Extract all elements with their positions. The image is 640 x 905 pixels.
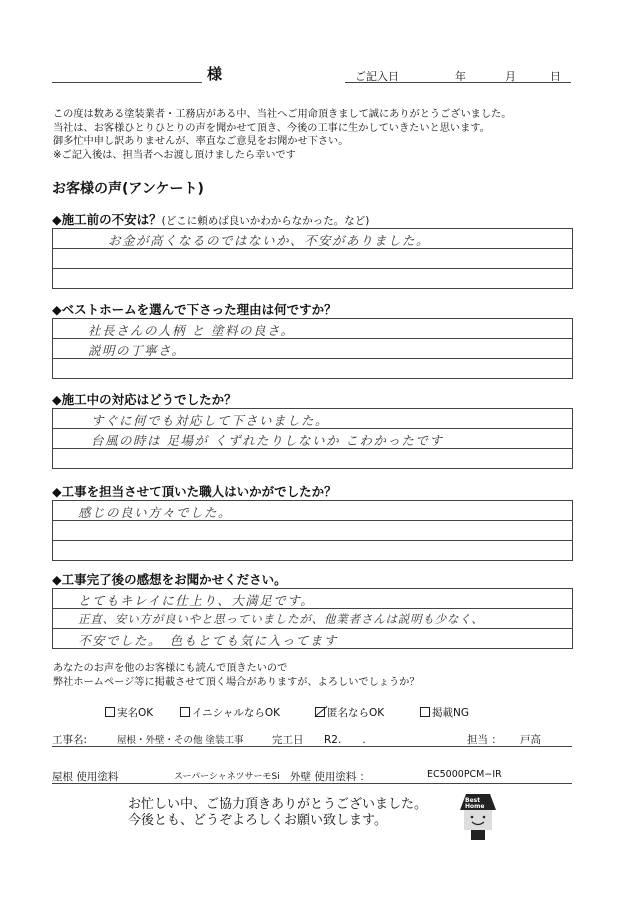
project-name-label: 工事名: bbox=[52, 732, 87, 747]
answer-row bbox=[53, 269, 572, 288]
best-home-mascot-icon: Best Home bbox=[458, 792, 498, 844]
answer-row: すぐに何でも対応して下さいました。 bbox=[53, 409, 572, 429]
intro-line: この度は数ある塗装業者・工務店がある中、当社へご用命頂きまして誠にありがとうござ… bbox=[53, 108, 511, 122]
handwritten-answer: お金が高くなるのではないか、不安がありました。 bbox=[108, 231, 430, 249]
thanks-message: お忙しい中、ご協力頂きありがとうございました。 今後とも、どうぞよろしくお願い致… bbox=[128, 797, 427, 829]
handwritten-answer: 社長さんの人柄 と 塗料の良さ。 bbox=[88, 321, 294, 339]
section-title: お客様の声(アンケート) bbox=[52, 178, 204, 198]
answer-box-2: 社長さんの人柄 と 塗料の良さ。 説明の丁寧さ。 bbox=[52, 318, 573, 379]
answer-row: 正直、安い方が良いやと思っていましたが、他業者さんは説明も少なく、 bbox=[53, 609, 572, 629]
question-5-label: ◆工事完了後の感想をお聞かせください。 bbox=[52, 570, 287, 588]
answer-row: 不安でした。 色もとても気に入ってます bbox=[53, 629, 572, 648]
answer-row bbox=[53, 541, 572, 560]
intro-text: この度は数ある塗装業者・工務店がある中、当社へご用命頂きまして誠にありがとうござ… bbox=[53, 108, 511, 162]
name-suffix: 様 bbox=[207, 63, 222, 84]
handwritten-answer: 感じの良い方々でした。 bbox=[78, 503, 232, 521]
customer-name-line bbox=[52, 64, 202, 83]
handwritten-answer: とてもキレイに仕上り、大満足です。 bbox=[78, 591, 314, 609]
day-label: 日 bbox=[550, 68, 561, 84]
answer-row: とてもキレイに仕上り、大満足です。 bbox=[53, 589, 572, 609]
answer-box-5: とてもキレイに仕上り、大満足です。 正直、安い方が良いやと思っていましたが、他業… bbox=[52, 588, 573, 649]
project-name-value: 屋根・外壁・その他 塗装工事 bbox=[117, 732, 244, 746]
project-info-line: 工事名: 屋根・外壁・その他 塗装工事 完工日 R2. . 担当 ： 戸高 bbox=[52, 730, 572, 747]
consent-line: 弊社ホームページ等に掲載させて頂く場合がありますが、よろしいでしょうか？ bbox=[53, 676, 420, 690]
wall-paint-label: 外壁 使用塗料 ： bbox=[290, 769, 370, 784]
consent-text: あなたのお声を他のお客様にも読んで頂きたいので 弊社ホームページ等に掲載させて頂… bbox=[53, 662, 420, 690]
answer-row: 感じの良い方々でした。 bbox=[53, 501, 572, 521]
checkbox[interactable] bbox=[420, 707, 430, 717]
option-real-name[interactable]: 実名OK bbox=[105, 705, 153, 720]
completion-label: 完工日 bbox=[272, 732, 304, 747]
handwritten-answer: 台風の時は 足場が くずれたりしないか こわかったです bbox=[91, 431, 443, 449]
question-2-label: ◆ベストホームを選んで下さった理由は何ですか？ bbox=[52, 300, 337, 318]
question-text: ◆施工前の不安は？ bbox=[52, 212, 162, 227]
option-label: 実名OK bbox=[117, 707, 153, 719]
option-label: 匿名ならOK bbox=[327, 707, 384, 719]
answer-row bbox=[53, 249, 572, 269]
answer-row bbox=[53, 521, 572, 541]
entry-date-label: ご記入日 bbox=[355, 68, 399, 84]
option-label: 掲載NG bbox=[432, 707, 469, 719]
answer-row: 社長さんの人柄 と 塗料の良さ。 bbox=[53, 319, 572, 339]
handwritten-answer: 不安でした。 色もとても気に入ってます bbox=[78, 631, 338, 649]
question-1-label: ◆施工前の不安は？(どこに頼めば良いかわからなかった。など) bbox=[52, 210, 369, 228]
answer-row: 説明の丁寧さ。 bbox=[53, 339, 572, 359]
option-anonymous[interactable]: 匿名ならOK bbox=[315, 705, 384, 720]
handwritten-answer: すぐに何でも対応して下さいました。 bbox=[91, 411, 329, 429]
answer-box-4: 感じの良い方々でした。 bbox=[52, 500, 573, 561]
svg-text:Home: Home bbox=[465, 803, 484, 810]
handwritten-answer: 正直、安い方が良いやと思っていましたが、他業者さんは説明も少なく、 bbox=[78, 611, 484, 627]
option-decline[interactable]: 掲載NG bbox=[420, 705, 469, 720]
question-hint: (どこに頼めば良いかわからなかった。など) bbox=[162, 215, 370, 227]
checkbox-checked[interactable] bbox=[315, 707, 325, 717]
entry-date-line: ご記入日 年 月 日 bbox=[345, 64, 571, 83]
roof-paint-label: 屋根 使用塗料 bbox=[52, 769, 118, 784]
thanks-line: お忙しい中、ご協力頂きありがとうございました。 bbox=[128, 797, 427, 813]
completion-value: R2. . bbox=[324, 732, 366, 747]
option-label: イニシャルならOK bbox=[192, 707, 280, 719]
answer-box-1: お金が高くなるのではないか、不安がありました。 bbox=[52, 228, 573, 289]
option-initials[interactable]: イニシャルならOK bbox=[180, 705, 280, 720]
thanks-line: 今後とも、どうぞよろしくお願い致します。 bbox=[128, 813, 427, 829]
answer-box-3: すぐに何でも対応して下さいました。 台風の時は 足場が くずれたりしないか こわ… bbox=[52, 408, 573, 469]
month-label: 月 bbox=[505, 68, 516, 84]
staff-label: 担当 ： bbox=[467, 732, 502, 747]
answer-row bbox=[53, 359, 572, 378]
answer-row bbox=[53, 449, 572, 468]
answer-row: 台風の時は 足場が くずれたりしないか こわかったです bbox=[53, 429, 572, 449]
question-3-label: ◆施工中の対応はどうでしたか？ bbox=[52, 390, 237, 408]
checkbox[interactable] bbox=[180, 707, 190, 717]
question-4-label: ◆工事を担当させて頂いた職人はいかがでしたか？ bbox=[52, 482, 337, 500]
handwritten-answer: 説明の丁寧さ。 bbox=[88, 341, 186, 359]
intro-line: 当社は、お客様ひとりひとりの声を聞かせて頂き、今後の工事に生かしていきたいと思い… bbox=[53, 122, 511, 136]
consent-line: あなたのお声を他のお客様にも読んで頂きたいので bbox=[53, 662, 420, 676]
roof-paint-value: スーパーシャネツサーモSi bbox=[174, 769, 280, 782]
intro-line: 御多忙中申し訳ありませんが、率直なご意見をお聞かせ下さい。 bbox=[53, 135, 511, 149]
year-label: 年 bbox=[455, 68, 466, 84]
staff-value: 戸高 bbox=[520, 732, 541, 747]
paint-info-line: 屋根 使用塗料 スーパーシャネツサーモSi 外壁 使用塗料 ： EC5000PC… bbox=[52, 767, 572, 784]
wall-paint-value: EC5000PCM−IR bbox=[427, 769, 502, 780]
answer-row: お金が高くなるのではないか、不安がありました。 bbox=[53, 229, 572, 249]
intro-line: ※ご記入後は、担当者へお渡し頂けましたら幸いです bbox=[53, 149, 511, 163]
checkbox[interactable] bbox=[105, 707, 115, 717]
